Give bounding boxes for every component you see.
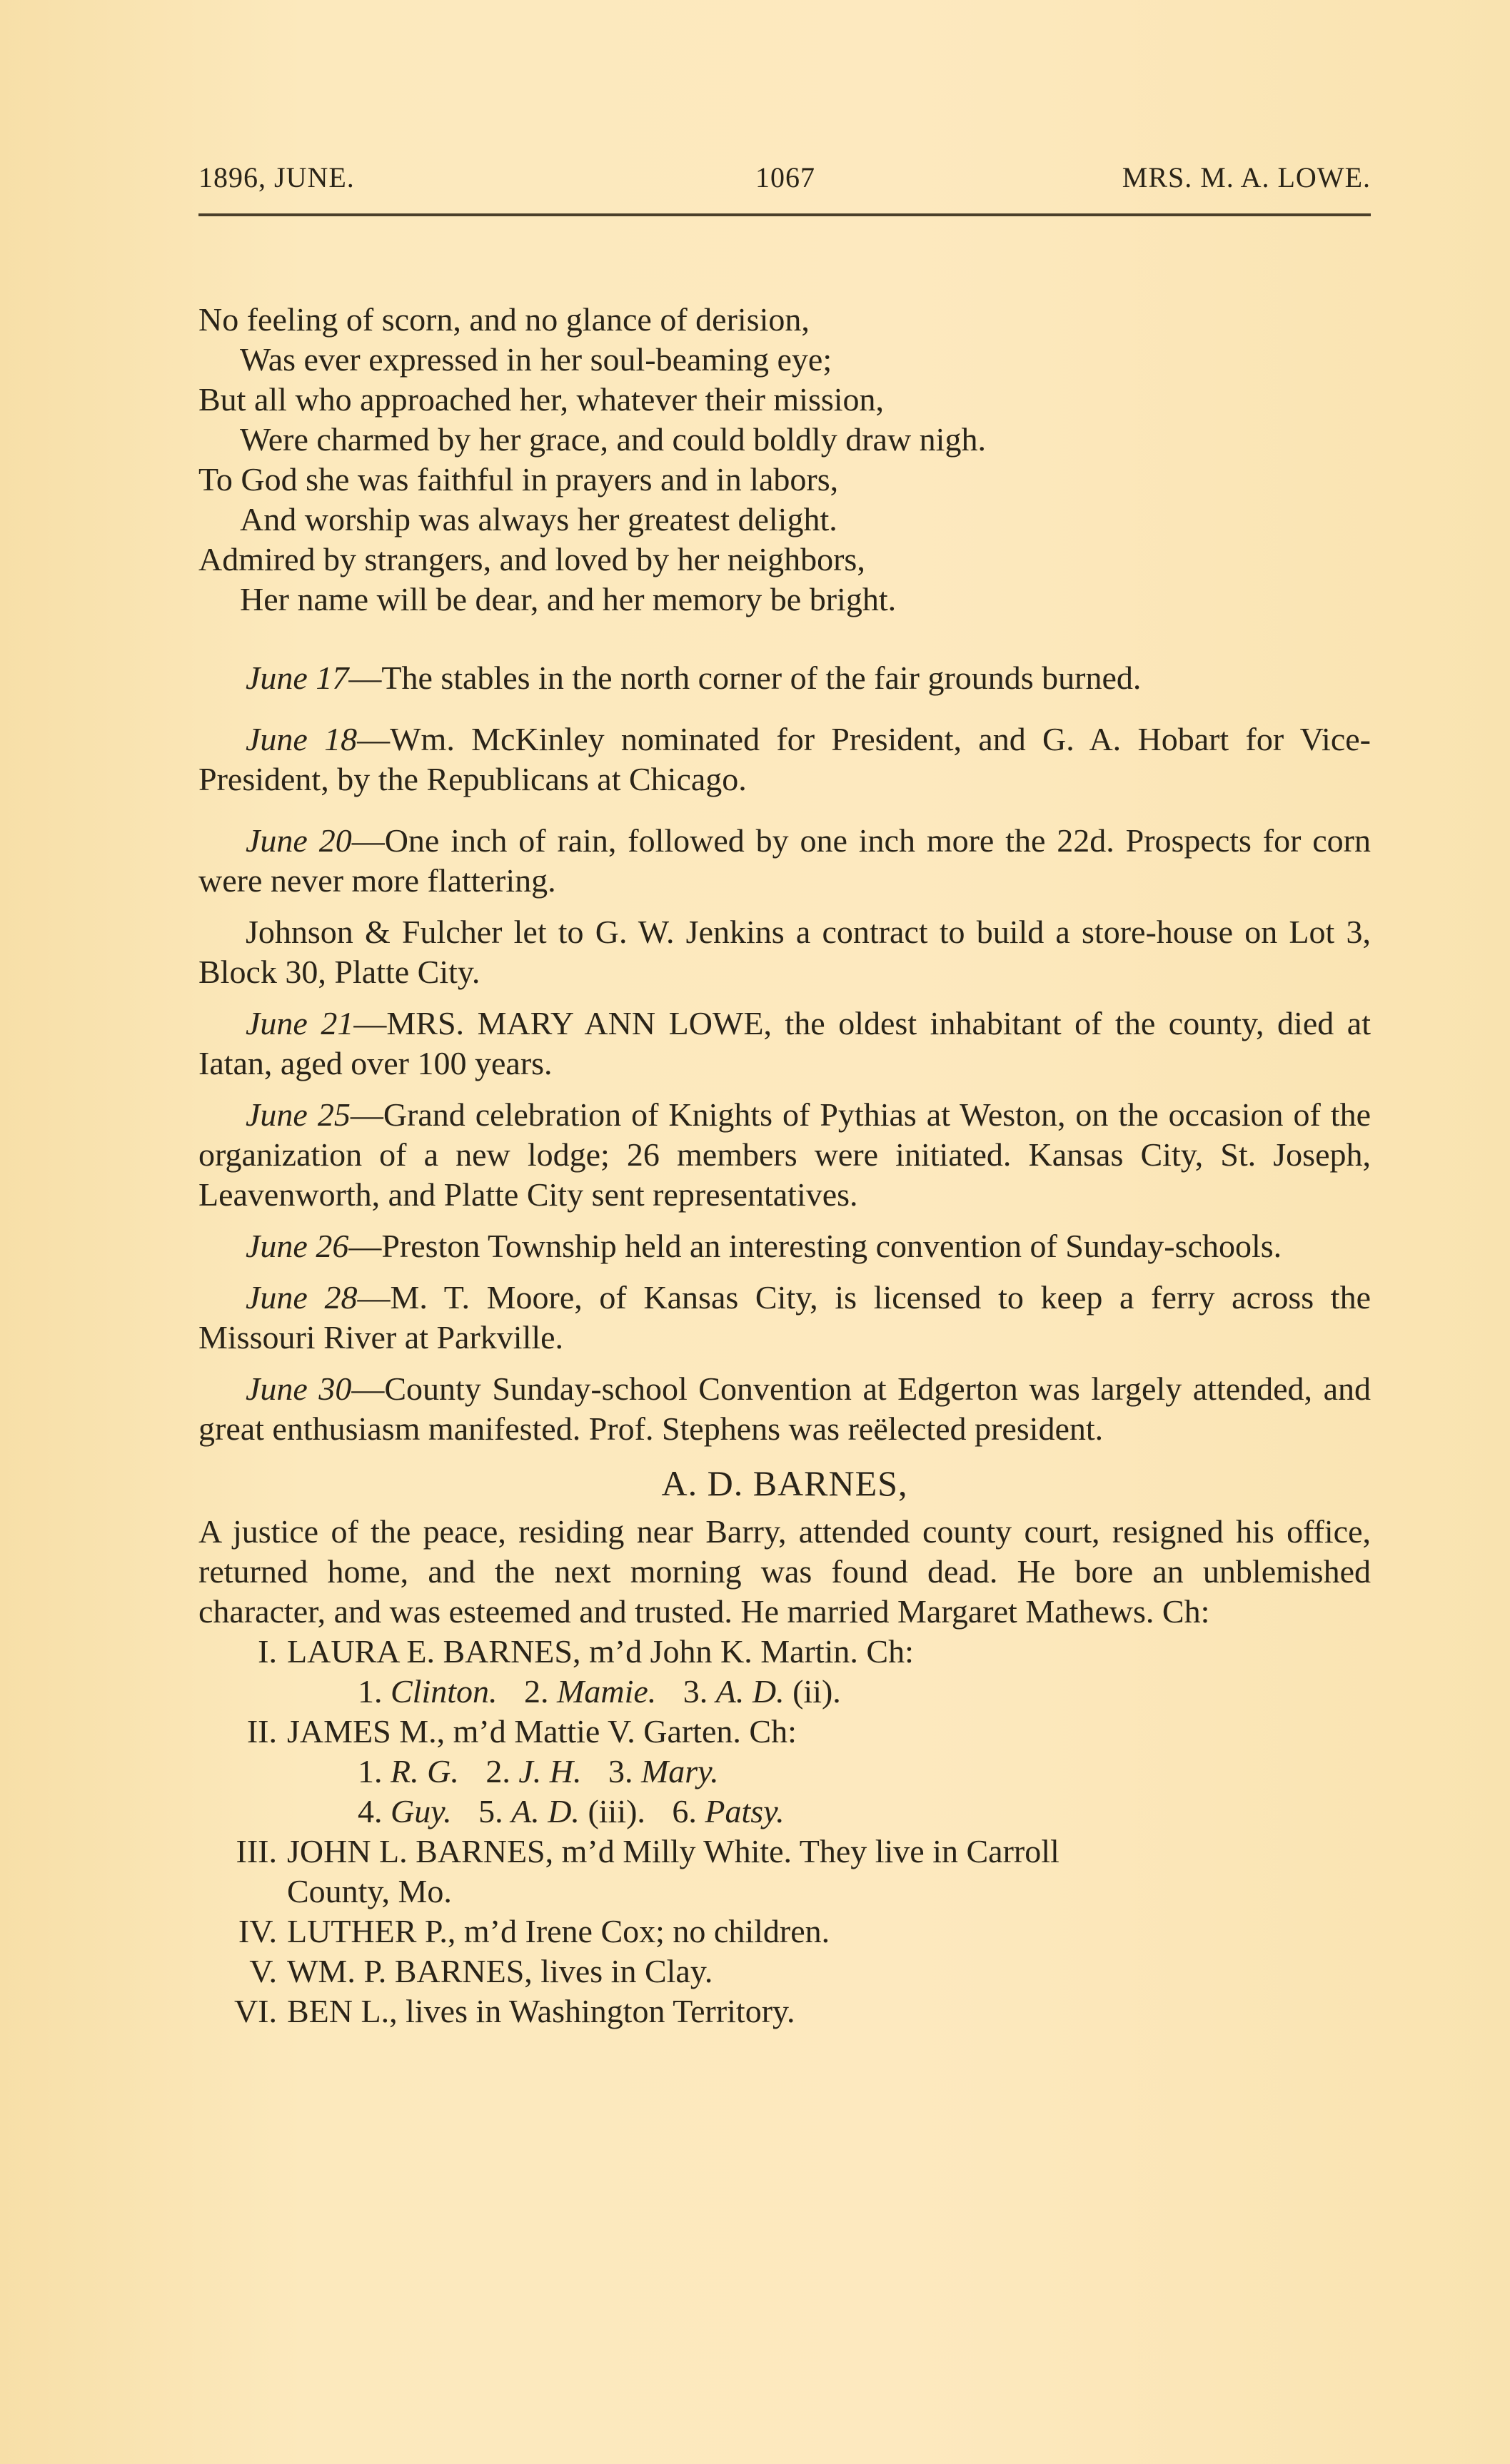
child-text: BEN L., lives in Washington Territory. [287,1993,795,2029]
entry-text: —The stables in the north corner of the … [348,660,1141,696]
entry-date: June 18 [246,721,357,757]
entry-date: June 21 [246,1005,353,1041]
grandchild-name: Mamie. [557,1673,656,1710]
child-numeral: VI. [198,1991,287,2031]
child-entry: V.WM. P. BARNES, lives in Clay. [198,1951,1371,1991]
chronicle-entry: June 25—Grand celebration of Knights of … [198,1095,1371,1215]
grandchild-name: R. G. [391,1753,459,1789]
grandchild-number: 2. [524,1673,549,1710]
poem-line: No feeling of scorn, and no glance of de… [198,300,1371,340]
grandchild-name: Guy. [391,1793,452,1829]
grandchild-suffix: (iii). [580,1793,645,1829]
chronicle-entry: June 26—Preston Township held an interes… [198,1226,1371,1266]
grandchild-number: 5. [478,1793,503,1829]
poem-line: Were charmed by her grace, and could bol… [198,420,1371,460]
child-entry: IV.LUTHER P., m’d Irene Cox; no children… [198,1912,1371,1951]
child-numeral: IV. [198,1912,287,1951]
entry-text: —M. T. Moore, of Kansas City, is license… [198,1279,1371,1355]
poem-line: Her name will be dear, and her memory be… [198,580,1371,620]
running-head-date: 1896, JUNE. [198,161,355,194]
grandchild-number: 4. [358,1793,383,1829]
grandchild-suffix: (ii). [785,1673,841,1710]
grandchild-name: Clinton. [391,1673,498,1710]
child-text: JAMES M., m’d Mattie V. Garten. Ch: [287,1713,797,1749]
child-text: LUTHER P., m’d Irene Cox; no children. [287,1913,830,1949]
grandchildren-list: 1. R. G. 2. J. H. 3. Mary. [198,1752,1371,1792]
running-head-title: MRS. M. A. LOWE. [1122,161,1371,194]
grandchild-number: 1. [358,1673,383,1710]
entry-date: June 26 [246,1228,348,1264]
entry-text: —Grand celebration of Knights of Pythias… [198,1096,1371,1213]
entry-date: June 28 [246,1279,358,1316]
child-entry: III.JOHN L. BARNES, m’d Milly White. The… [198,1832,1371,1872]
chronicle-entry: June 18—Wm. McKinley nominated for Presi… [198,719,1371,799]
child-numeral: II. [198,1712,287,1752]
chronicle-entry: June 17—The stables in the north corner … [198,658,1371,698]
child-entry-continued: County, Mo. [198,1872,1371,1912]
grandchild-name: J. H. [518,1753,581,1789]
grandchild-name: Patsy. [705,1793,784,1829]
biography-heading: A. D. BARNES, [198,1463,1371,1503]
poem-line: But all who approached her, whatever the… [198,380,1371,420]
page-content: No feeling of scorn, and no glance of de… [198,300,1371,2031]
entry-date: June 17 [246,660,348,696]
child-entry: II.JAMES M., m’d Mattie V. Garten. Ch: [198,1712,1371,1752]
chronicle-entry: June 21—MRS. MARY ANN LOWE, the oldest i… [198,1004,1371,1084]
biography-text: A justice of the peace, residing near Ba… [198,1512,1371,1632]
child-entry: VI.BEN L., lives in Washington Territory… [198,1991,1371,2031]
child-text: JOHN L. BARNES, m’d Milly White. They li… [287,1833,1059,1869]
entry-date: June 30 [246,1370,351,1407]
grandchild-name: Mary. [641,1753,719,1789]
chronicle-entry: June 30—County Sunday-school Convention … [198,1369,1371,1449]
header-rule [198,213,1371,216]
chronicle-entry: June 28—M. T. Moore, of Kansas City, is … [198,1278,1371,1358]
entry-date: June 20 [246,822,352,859]
poem-line: Was ever expressed in her soul-beaming e… [198,340,1371,380]
grandchild-number: 1. [358,1753,383,1789]
child-entry: I.LAURA E. BARNES, m’d John K. Martin. C… [198,1632,1371,1672]
entry-date: June 25 [246,1096,351,1133]
entry-text: Johnson & Fulcher let to G. W. Jenkins a… [198,914,1371,990]
grandchild-number: 6. [672,1793,697,1829]
child-numeral: III. [198,1832,287,1872]
grandchild-name: A. D. [716,1673,785,1710]
entry-text: —One inch of rain, followed by one inch … [198,822,1371,899]
memorial-poem: No feeling of scorn, and no glance of de… [198,300,1371,620]
poem-line: To God she was faithful in prayers and i… [198,460,1371,500]
child-text: LAURA E. BARNES, m’d John K. Martin. Ch: [287,1633,914,1670]
poem-line: Admired by strangers, and loved by her n… [198,540,1371,580]
grandchild-number: 3. [683,1673,708,1710]
chronicle-entry: Johnson & Fulcher let to G. W. Jenkins a… [198,912,1371,992]
grandchildren-list: 1. Clinton. 2. Mamie. 3. A. D. (ii). [198,1672,1371,1712]
entry-text: —Preston Township held an interesting co… [348,1228,1282,1264]
grandchild-name: A. D. [511,1793,580,1829]
child-text: WM. P. BARNES, lives in Clay. [287,1953,713,1989]
grandchildren-list: 4. Guy. 5. A. D. (iii). 6. Patsy. [198,1792,1371,1832]
poem-line: And worship was always her greatest deli… [198,500,1371,540]
child-numeral: I. [198,1632,287,1672]
grandchild-number: 2. [485,1753,510,1789]
page-number: 1067 [755,161,815,194]
grandchild-number: 3. [608,1753,633,1789]
entry-text: —County Sunday-school Convention at Edge… [198,1370,1371,1447]
entry-text: —Wm. McKinley nominated for President, a… [198,721,1371,797]
running-head: 1896, JUNE. 1067 MRS. M. A. LOWE. [198,161,1371,203]
chronicle-entry: June 20—One inch of rain, followed by on… [198,821,1371,901]
child-numeral: V. [198,1951,287,1991]
entry-text: —MRS. MARY ANN LOWE, the oldest inhabita… [198,1005,1371,1081]
